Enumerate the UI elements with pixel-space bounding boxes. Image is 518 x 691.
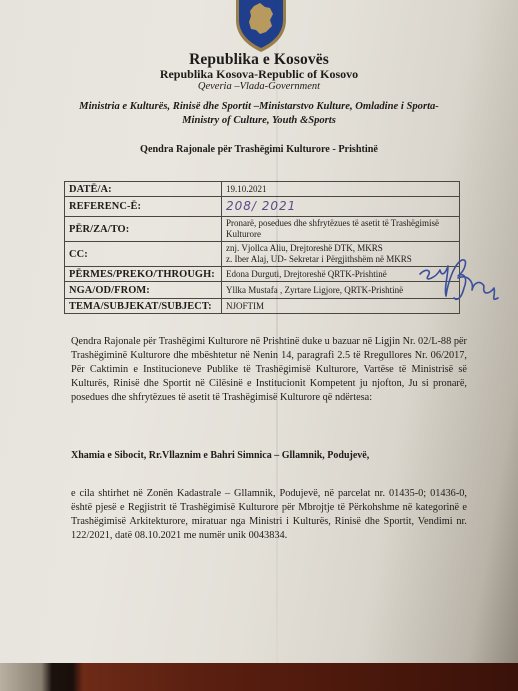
government-line: Qeveria –Vlada-Government — [0, 81, 518, 92]
table-row: PËR/ZA/TO: Pronarë, posedues dhe shfrytë… — [65, 217, 460, 242]
body-paragraph-intro: Qendra Rajonale për Trashëgimi Kulturore… — [71, 335, 467, 405]
from-label: NGA/OD/FROM: — [65, 282, 222, 299]
document-page: Republika e Kosovës Republika Kosova-Rep… — [0, 0, 518, 663]
table-row: REFERENC-Ë: 208/ 2021 — [65, 197, 460, 217]
date-value: 19.10.2021 — [222, 182, 460, 197]
reference-value: 208/ 2021 — [226, 199, 296, 213]
regional-center-name: Qendra Rajonale për Trashëgimi Kulturore… — [0, 144, 518, 155]
asset-name: Xhamia e Sibocit, Rr.Vllaznim e Bahri Si… — [71, 449, 467, 463]
handwritten-signature-icon — [418, 252, 508, 308]
kosovo-coat-of-arms-icon — [232, 0, 290, 52]
wooden-table-background — [0, 663, 518, 691]
memo-header-table: DATË/A: 19.10.2021 REFERENC-Ë: 208/ 2021… — [64, 181, 460, 314]
through-label: PËRMES/PREKO/THROUGH: — [65, 267, 222, 282]
table-row: PËRMES/PREKO/THROUGH: Edona Durguti, Dre… — [65, 267, 460, 282]
reference-label: REFERENC-Ë: — [65, 197, 222, 217]
to-value: Pronarë, posedues dhe shfrytëzues të ase… — [222, 217, 460, 242]
table-row: CC: znj. Vjollca Aliu, Drejtoreshë DTK, … — [65, 242, 460, 267]
subject-label: TEMA/SUBJEKAT/SUBJECT: — [65, 299, 222, 314]
table-row: NGA/OD/FROM: Yllka Mustafa , Zyrtare Lig… — [65, 282, 460, 299]
date-label: DATË/A: — [65, 182, 222, 197]
to-label: PËR/ZA/TO: — [65, 217, 222, 242]
body-paragraph-details: e cila shtirhet në Zonën Kadastrale – Gl… — [71, 487, 467, 543]
ministry-name: Ministria e Kulturës, Rinisë dhe Sportit… — [0, 100, 518, 128]
cc-label: CC: — [65, 242, 222, 267]
table-row: TEMA/SUBJEKAT/SUBJECT: NJOFTIM — [65, 299, 460, 314]
country-name-multilingual: Republika Kosova-Republic of Kosovo — [0, 67, 518, 82]
table-row: DATË/A: 19.10.2021 — [65, 182, 460, 197]
